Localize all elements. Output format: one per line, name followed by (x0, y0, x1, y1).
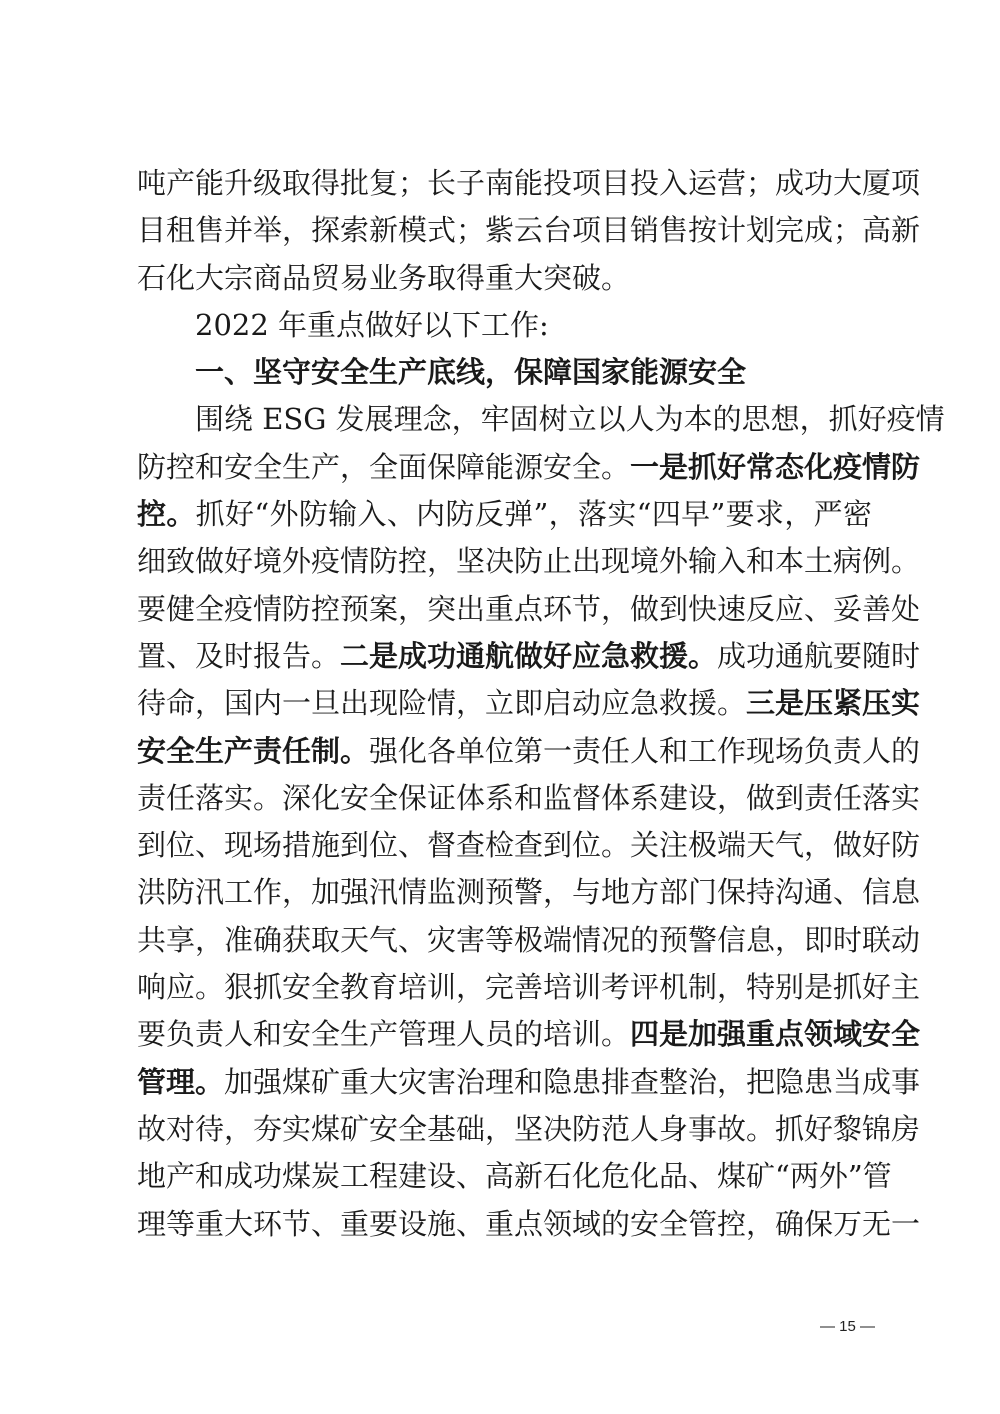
text-segment: 到位、现场措施到位、督查检查到位。关注极端天气，做好防 (137, 828, 920, 862)
text-line: 到位、现场措施到位、督查检查到位。关注极端天气，做好防 (137, 822, 872, 869)
text-segment: 置、及时报告。 (137, 639, 340, 673)
bold-segment: 四是加强重点领域安全 (630, 1017, 920, 1051)
text-line: 围绕 ESG 发展理念，牢固树立以人为本的思想，抓好疫情 (137, 396, 872, 443)
text-segment: 故对待，夯实煤矿安全基础，坚决防范人身事故。抓好黎锦房 (137, 1112, 920, 1146)
text-line: 要健全疫情防控预案，突出重点环节，做到快速反应、妥善处 (137, 586, 872, 633)
text-segment: 理等重大环节、重要设施、重点领域的安全管控，确保万无一 (137, 1207, 920, 1241)
text-segment: 响应。狠抓安全教育培训，完善培训考评机制，特别是抓好主 (137, 970, 920, 1004)
document-page: 吨产能升级取得批复；长子南能投项目投入运营；成功大厦项 目租售并举，探索新模式；… (0, 0, 1000, 1414)
text-segment: 待命，国内一旦出现险情，立即启动应急救援。 (137, 686, 746, 720)
text-segment: 吨产能升级取得批复；长子南能投项目投入运营；成功大厦项 (137, 166, 920, 200)
text-line: 理等重大环节、重要设施、重点领域的安全管控，确保万无一 (137, 1201, 872, 1248)
text-line: 责任落实。深化安全保证体系和监督体系建设，做到责任落实 (137, 775, 872, 822)
text-segment: 抓好“外防输入、内防反弹”，落实“四早”要求，严密 (196, 497, 872, 531)
text-line: 目租售并举，探索新模式；紫云台项目销售按计划完成；高新 (137, 207, 872, 254)
text-line: 控。抓好“外防输入、内防反弹”，落实“四早”要求，严密 (137, 491, 872, 538)
text-segment: 防控和安全生产，全面保障能源安全。 (137, 450, 630, 484)
text-line: 故对待，夯实煤矿安全基础，坚决防范人身事故。抓好黎锦房 (137, 1106, 872, 1153)
page-number: — 15 — (820, 1318, 875, 1335)
text-segment: 责任落实。深化安全保证体系和监督体系建设，做到责任落实 (137, 781, 920, 815)
body-text: 吨产能升级取得批复；长子南能投项目投入运营；成功大厦项 目租售并举，探索新模式；… (137, 160, 872, 1248)
text-segment: 要负责人和安全生产管理人员的培训。 (137, 1017, 630, 1051)
text-line: 待命，国内一旦出现险情，立即启动应急救援。三是压紧压实 (137, 680, 872, 727)
text-line: 细致做好境外疫情防控，坚决防止出现境外输入和本土病例。 (137, 538, 872, 585)
text-segment: 围绕 ESG 发展理念，牢固树立以人为本的思想，抓好疫情 (195, 402, 945, 436)
bold-segment: 控。 (137, 497, 196, 531)
text-line: 地产和成功煤炭工程建设、高新石化危化品、煤矿“两外”管 (137, 1153, 872, 1200)
text-segment: 地产和成功煤炭工程建设、高新石化危化品、煤矿“两外”管 (137, 1159, 892, 1193)
text-line: 吨产能升级取得批复；长子南能投项目投入运营；成功大厦项 (137, 160, 872, 207)
text-line: 防控和安全生产，全面保障能源安全。一是抓好常态化疫情防 (137, 444, 872, 491)
text-segment: 洪防汛工作，加强汛情监测预警，与地方部门保持沟通、信息 (137, 875, 920, 909)
text-segment: 共享，准确获取天气、灾害等极端情况的预警信息，即时联动 (137, 923, 920, 957)
text-segment: 强化各单位第一责任人和工作现场负责人的 (369, 734, 920, 768)
text-line: 要负责人和安全生产管理人员的培训。四是加强重点领域安全 (137, 1011, 872, 1058)
text-segment: 加强煤矿重大灾害治理和隐患排查整治，把隐患当成事 (224, 1065, 920, 1099)
intro-line: 2022 年重点做好以下工作: (137, 302, 872, 349)
section-heading: 一、坚守安全生产底线，保障国家能源安全 (137, 349, 872, 396)
text-line: 洪防汛工作，加强汛情监测预警，与地方部门保持沟通、信息 (137, 869, 872, 916)
text-segment: 细致做好境外疫情防控，坚决防止出现境外输入和本土病例。 (137, 544, 920, 578)
bold-segment: 三是压紧压实 (746, 686, 920, 720)
text-segment: 成功通航要随时 (717, 639, 920, 673)
bold-segment: 二是成功通航做好应急救援。 (340, 639, 717, 673)
text-line: 响应。狠抓安全教育培训，完善培训考评机制，特别是抓好主 (137, 964, 872, 1011)
text-line: 置、及时报告。二是成功通航做好应急救援。成功通航要随时 (137, 633, 872, 680)
bold-segment: 管理。 (137, 1065, 224, 1099)
heading-text: 一、坚守安全生产底线，保障国家能源安全 (195, 355, 746, 389)
text-segment: 要健全疫情防控预案，突出重点环节，做到快速反应、妥善处 (137, 592, 920, 626)
text-segment: 目租售并举，探索新模式；紫云台项目销售按计划完成；高新 (137, 213, 920, 247)
text-segment: 石化大宗商品贸易业务取得重大突破。 (137, 261, 630, 295)
bold-segment: 一是抓好常态化疫情防 (630, 450, 920, 484)
text-line: 安全生产责任制。强化各单位第一责任人和工作现场负责人的 (137, 728, 872, 775)
text-line: 管理。加强煤矿重大灾害治理和隐患排查整治，把隐患当成事 (137, 1059, 872, 1106)
text-segment: 2022 年重点做好以下工作: (195, 308, 549, 342)
text-line: 共享，准确获取天气、灾害等极端情况的预警信息，即时联动 (137, 917, 872, 964)
text-line: 石化大宗商品贸易业务取得重大突破。 (137, 255, 872, 302)
bold-segment: 安全生产责任制。 (137, 734, 369, 768)
